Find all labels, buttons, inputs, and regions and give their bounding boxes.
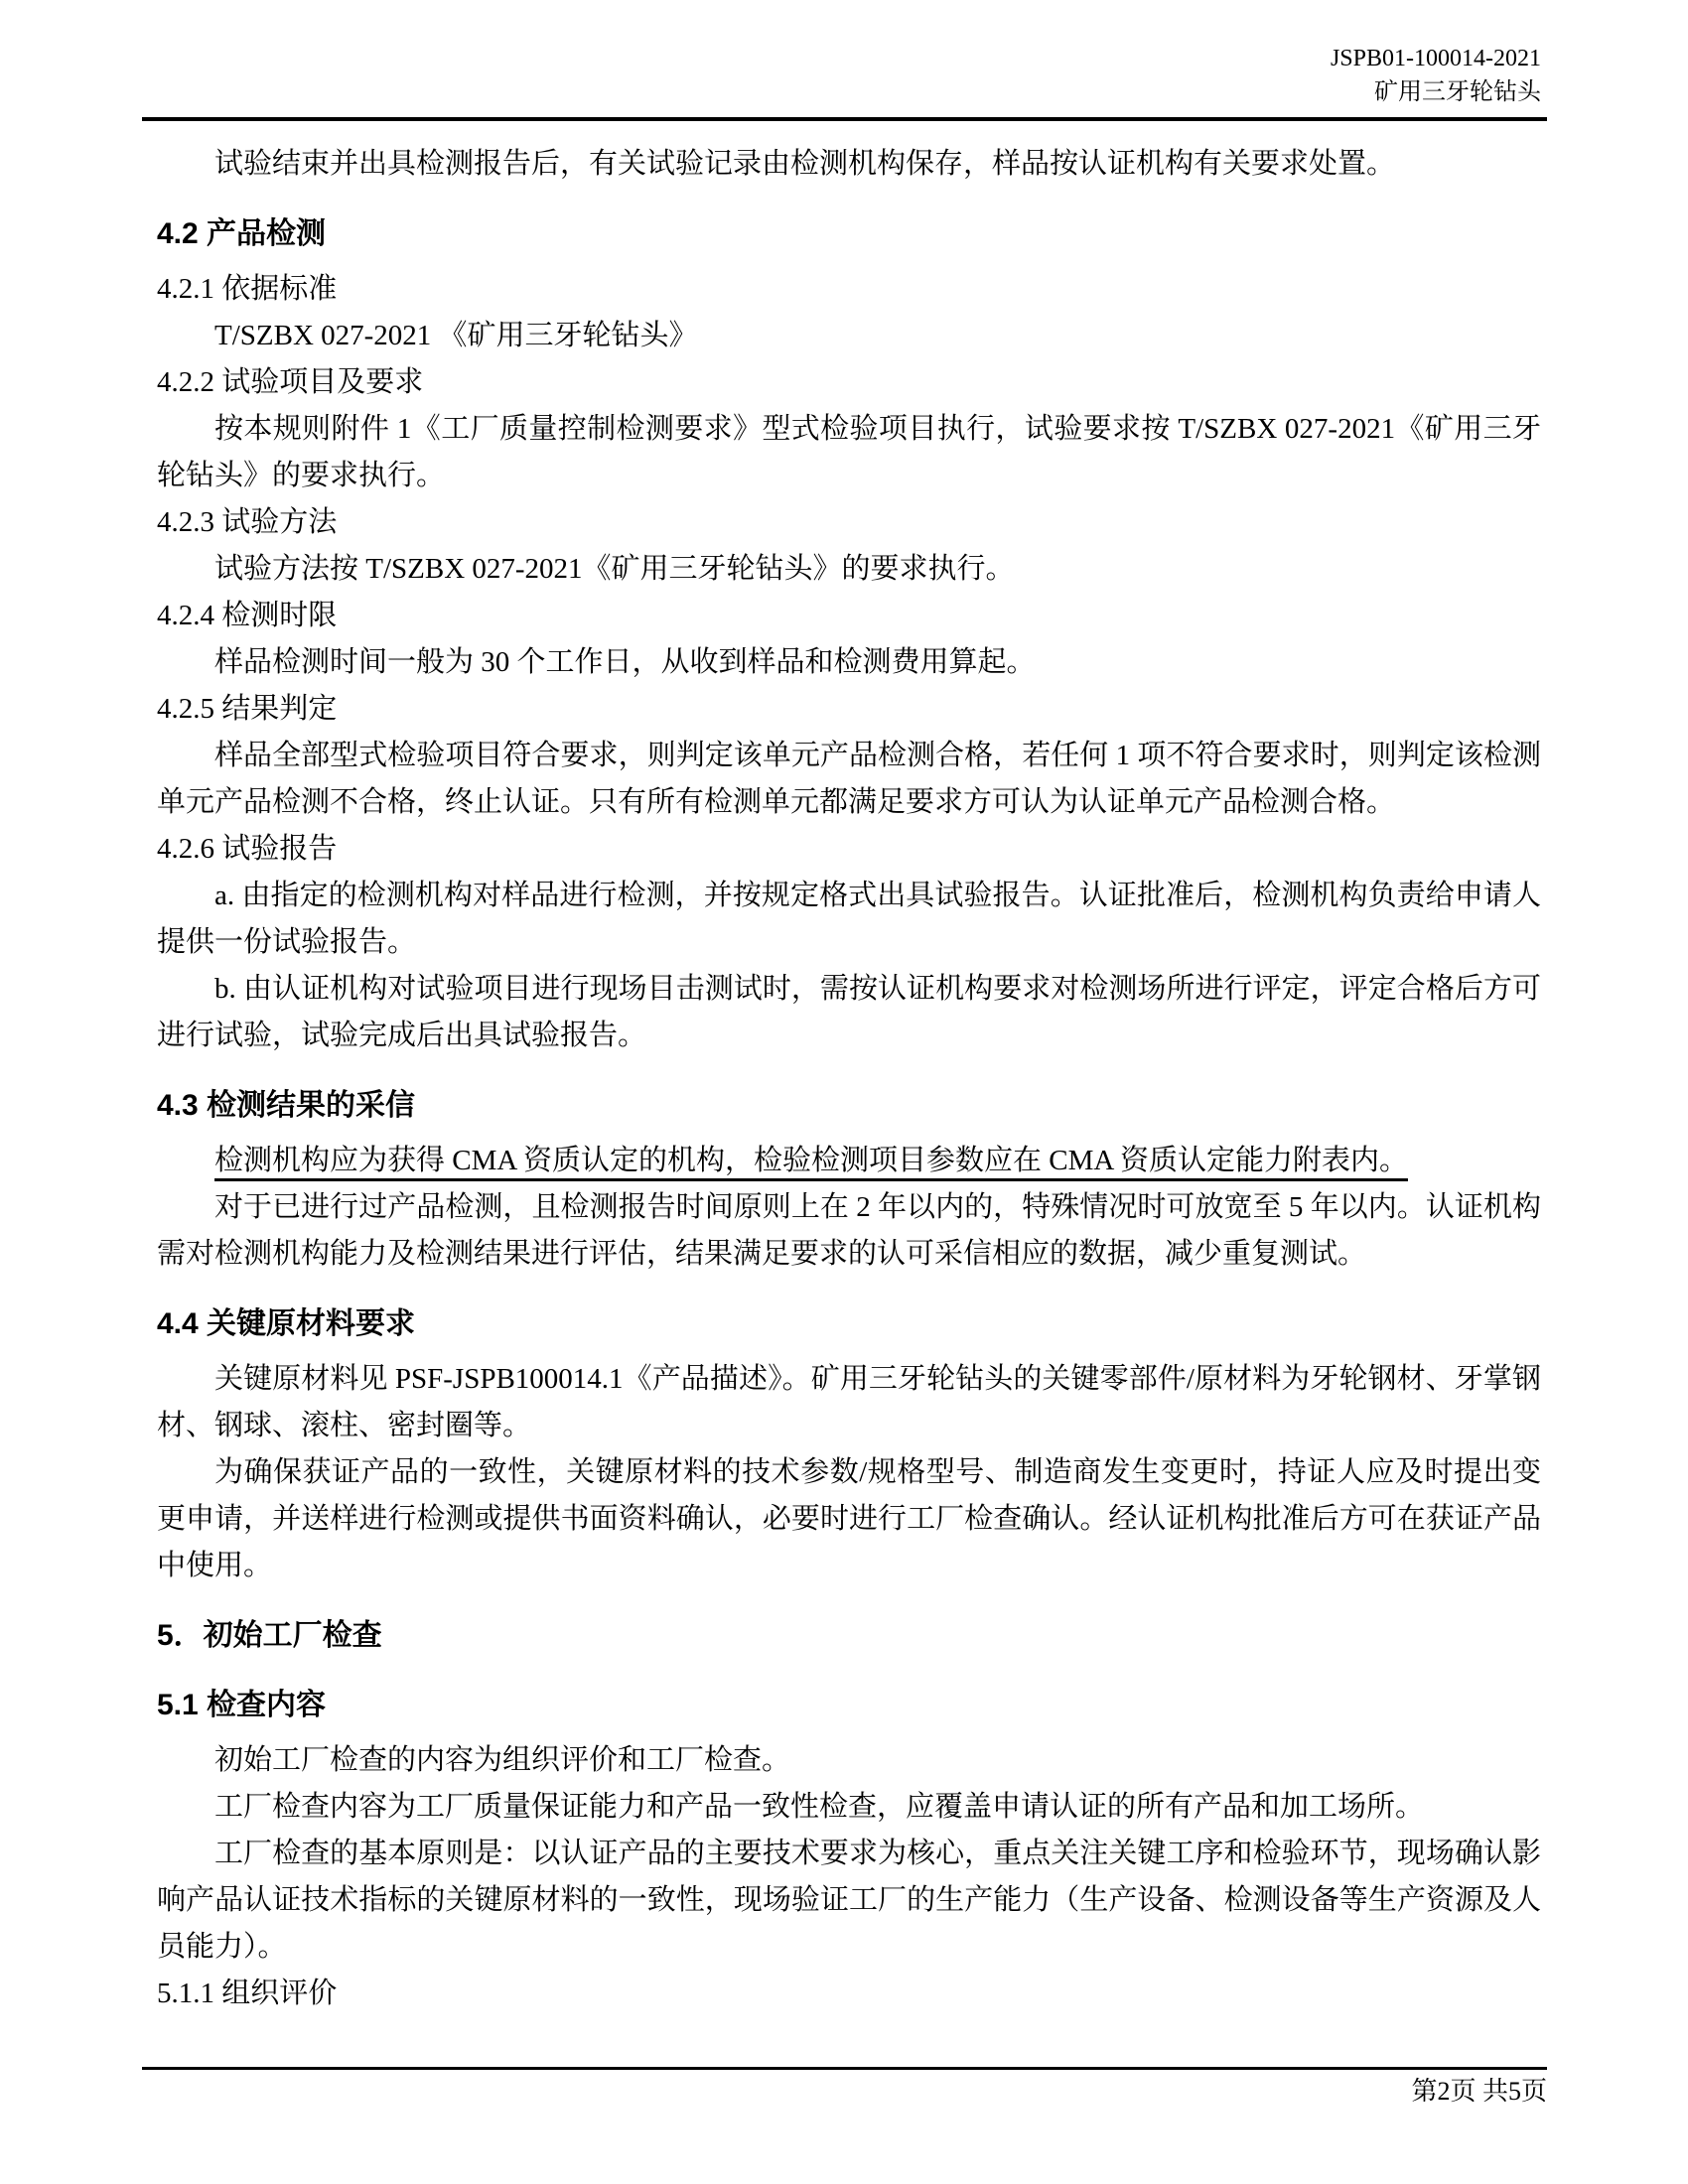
- para-4-2-5-result-judgement: 样品全部型式检验项目符合要求，则判定该单元产品检测合格，若任何 1 项不符合要求…: [157, 733, 1541, 826]
- para-4-2-2-items: 按本规则附件 1《工厂质量控制检测要求》型式检验项目执行，试验要求按 T/SZB…: [157, 406, 1541, 499]
- para-5-1-coverage: 工厂检查内容为工厂质量保证能力和产品一致性检查，应覆盖申请认证的所有产品和加工场…: [157, 1784, 1541, 1831]
- doc-product-name: 矿用三牙轮钻头: [157, 75, 1541, 109]
- page-footer: 第2页 共5页: [142, 2067, 1547, 2109]
- heading-4-2-product-testing: 4.2 产品检测: [157, 210, 1541, 257]
- heading-4-4-key-raw-materials: 4.4 关键原材料要求: [157, 1300, 1541, 1347]
- subheading-4-2-5: 4.2.5 结果判定: [157, 686, 1541, 733]
- para-4-2-3-method: 试验方法按 T/SZBX 027-2021《矿用三牙轮钻头》的要求执行。: [157, 546, 1541, 593]
- para-4-3-cma-requirement: 检测机构应为获得 CMA 资质认定的机构，检验检测项目参数应在 CMA 资质认定…: [157, 1138, 1541, 1184]
- page-number: 第2页 共5页: [142, 2075, 1547, 2109]
- para-4-2-1-standard: T/SZBX 027-2021 《矿用三牙轮钻头》: [157, 313, 1541, 359]
- page-header: JSPB01-100014-2021 矿用三牙轮钻头: [157, 42, 1541, 121]
- para-4-3-acceptance-rule: 对于已进行过产品检测，且检测报告时间原则上在 2 年以内的，特殊情况时可放宽至 …: [157, 1184, 1541, 1278]
- subheading-4-2-3: 4.2.3 试验方法: [157, 499, 1541, 546]
- para-test-record-disposal: 试验结束并出具检测报告后，有关试验记录由检测机构保存，样品按认证机构有关要求处置…: [157, 141, 1541, 188]
- para-4-2-4-time-limit: 样品检测时间一般为 30 个工作日，从收到样品和检测费用算起。: [157, 639, 1541, 686]
- para-5-1-content-scope: 初始工厂检查的内容为组织评价和工厂检查。: [157, 1737, 1541, 1784]
- heading-5-initial-factory-inspection: 5．初始工厂检查: [157, 1612, 1541, 1659]
- footer-rule: [142, 2067, 1547, 2070]
- para-4-2-6-item-a: a. 由指定的检测机构对样品进行检测，并按规定格式出具试验报告。认证批准后，检测…: [157, 873, 1541, 966]
- subheading-4-2-2: 4.2.2 试验项目及要求: [157, 359, 1541, 406]
- doc-number: JSPB01-100014-2021: [157, 42, 1541, 75]
- para-5-1-basic-principle: 工厂检查的基本原则是：以认证产品的主要技术要求为核心，重点关注关键工序和检验环节…: [157, 1831, 1541, 1971]
- underlined-cma-sentence: 检测机构应为获得 CMA 资质认定的机构，检验检测项目参数应在 CMA 资质认定…: [214, 1145, 1408, 1176]
- document-page: JSPB01-100014-2021 矿用三牙轮钻头 试验结束并出具检测报告后，…: [0, 0, 1688, 2184]
- subheading-5-1-1: 5.1.1 组织评价: [157, 1971, 1541, 2017]
- para-4-2-6-item-b: b. 由认证机构对试验项目进行现场目击测试时，需按认证机构要求对检测场所进行评定…: [157, 966, 1541, 1059]
- heading-5-1-inspection-content: 5.1 检查内容: [157, 1682, 1541, 1728]
- para-4-4-change-control: 为确保获证产品的一致性，关键原材料的技术参数/规格型号、制造商发生变更时，持证人…: [157, 1449, 1541, 1589]
- document-body: 试验结束并出具检测报告后，有关试验记录由检测机构保存，样品按认证机构有关要求处置…: [157, 121, 1541, 2017]
- subheading-4-2-1: 4.2.1 依据标准: [157, 266, 1541, 313]
- subheading-4-2-6: 4.2.6 试验报告: [157, 826, 1541, 873]
- subheading-4-2-4: 4.2.4 检测时限: [157, 593, 1541, 639]
- heading-4-3-result-acceptance: 4.3 检测结果的采信: [157, 1082, 1541, 1129]
- para-4-4-materials-list: 关键原材料见 PSF-JSPB100014.1《产品描述》。矿用三牙轮钻头的关键…: [157, 1356, 1541, 1449]
